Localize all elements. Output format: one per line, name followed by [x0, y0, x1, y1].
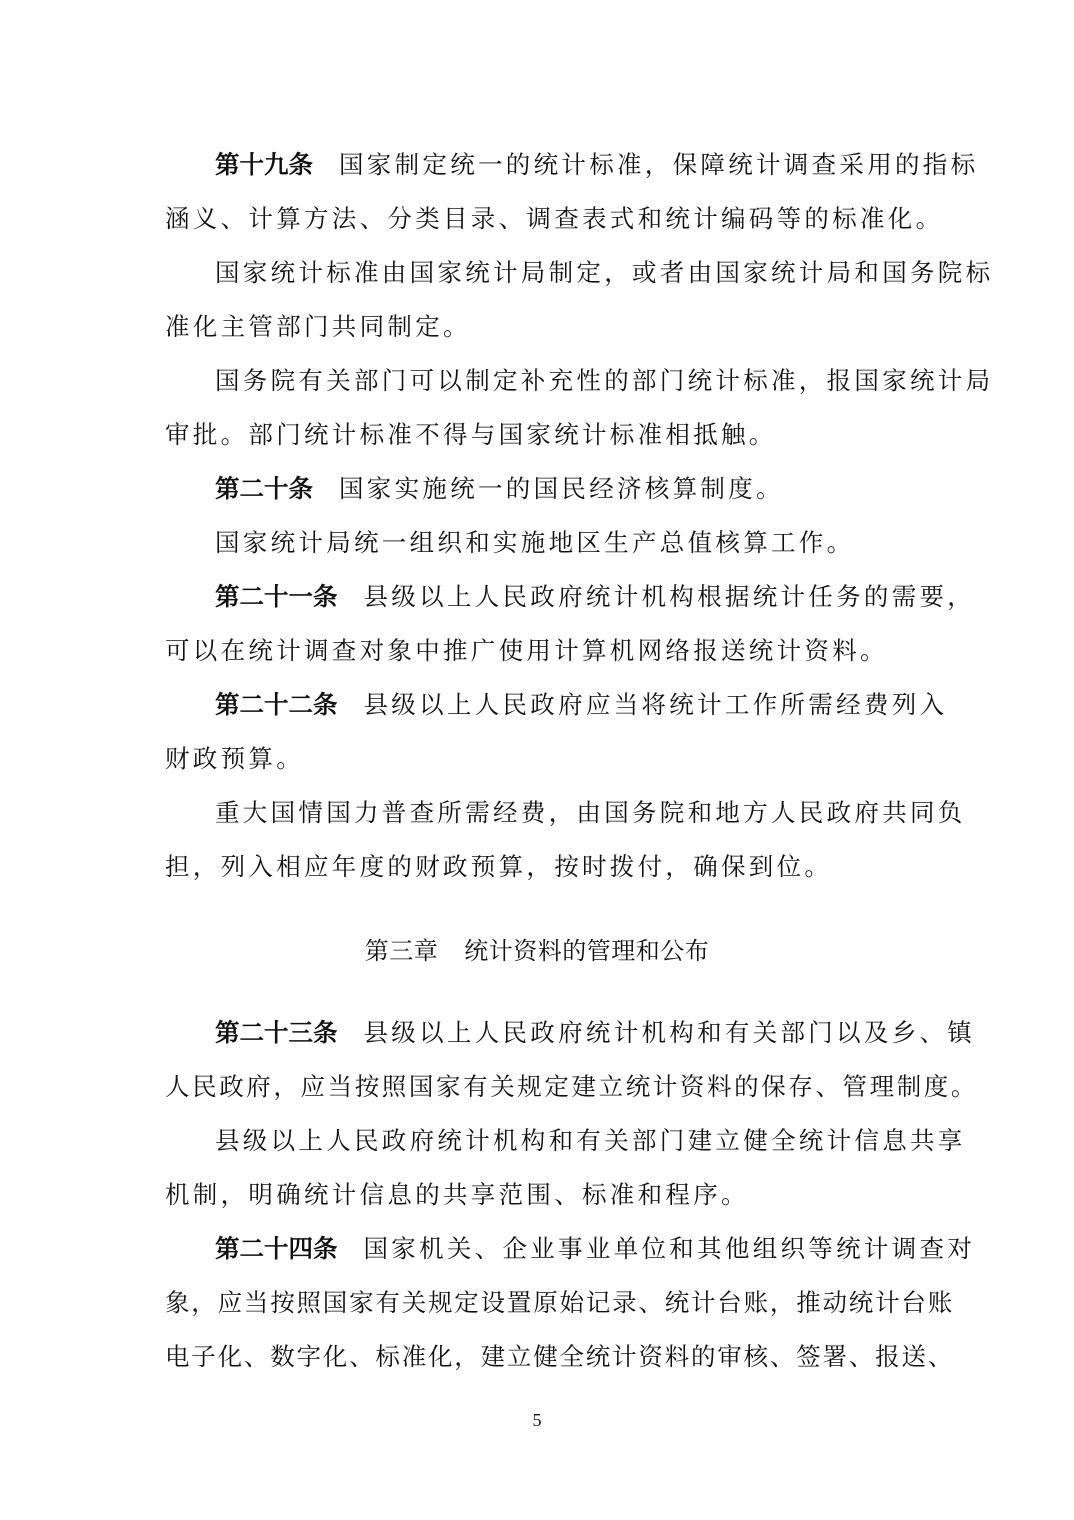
paragraph-line: 电子化、数字化、标准化，建立健全统计资料的审核、签署、报送、 [165, 1342, 913, 1372]
article-23-line-1: 第二十三条县级以上人民政府统计机构和有关部门以及乡、镇 [215, 1018, 913, 1048]
paragraph-line: 人民政府，应当按照国家有关规定建立统计资料的保存、管理制度。 [165, 1072, 913, 1102]
paragraph-line: 县级以上人民政府统计机构和有关部门建立健全统计信息共享 [215, 1126, 913, 1156]
paragraph-line: 可以在统计调查对象中推广使用计算机网络报送统计资料。 [165, 636, 913, 666]
paragraph-line: 国家统计局统一组织和实施地区生产总值核算工作。 [215, 528, 913, 558]
article-19-line-1: 第十九条国家制定统一的统计标准，保障统计调查采用的指标 [215, 150, 913, 180]
article-heading: 第十九条 [215, 150, 313, 179]
paragraph-line: 财政预算。 [165, 744, 913, 774]
paragraph-line: 象，应当按照国家有关规定设置原始记录、统计台账，推动统计台账 [165, 1288, 913, 1318]
paragraph-line: 机制，明确统计信息的共享范围、标准和程序。 [165, 1180, 913, 1210]
paragraph-line: 担，列入相应年度的财政预算，按时拨付，确保到位。 [165, 852, 913, 882]
paragraph-line: 国务院有关部门可以制定补充性的部门统计标准，报国家统计局 [215, 366, 913, 396]
page-number: 5 [0, 1410, 1074, 1431]
article-19-line-2: 涵义、计算方法、分类目录、调查表式和统计编码等的标准化。 [165, 204, 913, 234]
article-20-line-1: 第二十条国家实施统一的国民经济核算制度。 [215, 474, 913, 504]
paragraph-line: 国家统计标准由国家统计局制定，或者由国家统计局和国务院标 [215, 258, 913, 288]
article-heading: 第二十四条 [215, 1234, 338, 1263]
article-22-line-1: 第二十二条县级以上人民政府应当将统计工作所需经费列入 [215, 690, 913, 720]
article-heading: 第二十条 [215, 474, 313, 503]
article-heading: 第二十二条 [215, 690, 338, 719]
paragraph-line: 重大国情国力普查所需经费，由国务院和地方人民政府共同负 [215, 798, 913, 828]
chapter-heading: 第三章统计资料的管理和公布 [0, 936, 1074, 966]
article-heading: 第二十三条 [215, 1018, 338, 1047]
article-21-line-1: 第二十一条县级以上人民政府统计机构根据统计任务的需要， [215, 582, 913, 612]
paragraph-line: 审批。部门统计标准不得与国家统计标准相抵触。 [165, 420, 913, 450]
article-24-line-1: 第二十四条国家机关、企业事业单位和其他组织等统计调查对 [215, 1234, 913, 1264]
paragraph-line: 准化主管部门共同制定。 [165, 312, 913, 342]
document-page: 第十九条国家制定统一的统计标准，保障统计调查采用的指标 涵义、计算方法、分类目录… [0, 0, 1074, 1520]
article-heading: 第二十一条 [215, 582, 338, 611]
